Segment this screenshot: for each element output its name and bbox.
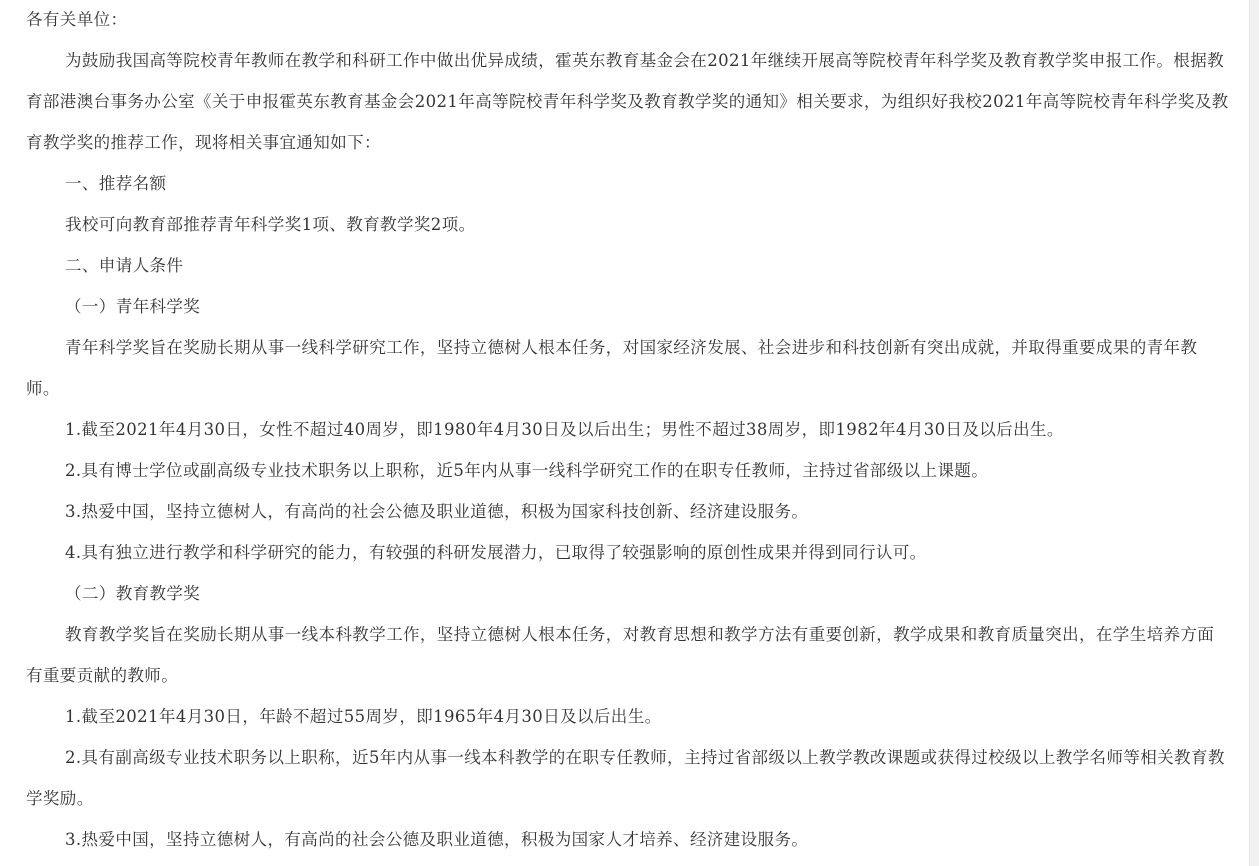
quota-paragraph: 我校可向教育部推荐青年科学奖1项、教育教学奖2项。 — [26, 204, 1231, 245]
teaching-criterion-3: 3.热爱中国，坚持立德树人，有高尚的社会公德及职业道德，积极为国家人才培养、经济… — [26, 819, 1231, 860]
document-page: 各有关单位： 为鼓励我国高等院校青年教师在教学和科研工作中做出优异成绩，霍英东教… — [0, 0, 1250, 866]
salutation: 各有关单位： — [26, 0, 1231, 40]
subsection-heading-youth-science-award: （一）青年科学奖 — [26, 286, 1231, 327]
vertical-scrollbar[interactable] — [1249, 0, 1259, 866]
youth-science-award-description: 青年科学奖旨在奖励长期从事一线科学研究工作，坚持立德树人根本任务，对国家经济发展… — [26, 327, 1231, 409]
notice-content: 各有关单位： 为鼓励我国高等院校青年教师在教学和科研工作中做出优异成绩，霍英东教… — [26, 0, 1231, 860]
youth-science-criterion-1: 1.截至2021年4月30日，女性不超过40周岁，即1980年4月30日及以后出… — [26, 409, 1231, 450]
section-heading-quota: 一、推荐名额 — [26, 163, 1231, 204]
youth-science-criterion-3: 3.热爱中国，坚持立德树人，有高尚的社会公德及职业道德，积极为国家科技创新、经济… — [26, 491, 1231, 532]
teaching-criterion-1: 1.截至2021年4月30日，年龄不超过55周岁，即1965年4月30日及以后出… — [26, 696, 1231, 737]
youth-science-criterion-2: 2.具有博士学位或副高级专业技术职务以上职称，近5年内从事一线科学研究工作的在职… — [26, 450, 1231, 491]
youth-science-criterion-4: 4.具有独立进行教学和科学研究的能力，有较强的科研发展潜力，已取得了较强影响的原… — [26, 532, 1231, 573]
subsection-heading-teaching-award: （二）教育教学奖 — [26, 573, 1231, 614]
teaching-award-description: 教育教学奖旨在奖励长期从事一线本科教学工作，坚持立德树人根本任务，对教育思想和教… — [26, 614, 1231, 696]
section-heading-eligibility: 二、申请人条件 — [26, 245, 1231, 286]
teaching-criterion-2: 2.具有副高级专业技术职务以上职称，近5年内从事一线本科教学的在职专任教师，主持… — [26, 737, 1231, 819]
intro-paragraph: 为鼓励我国高等院校青年教师在教学和科研工作中做出优异成绩，霍英东教育基金会在20… — [26, 40, 1231, 163]
